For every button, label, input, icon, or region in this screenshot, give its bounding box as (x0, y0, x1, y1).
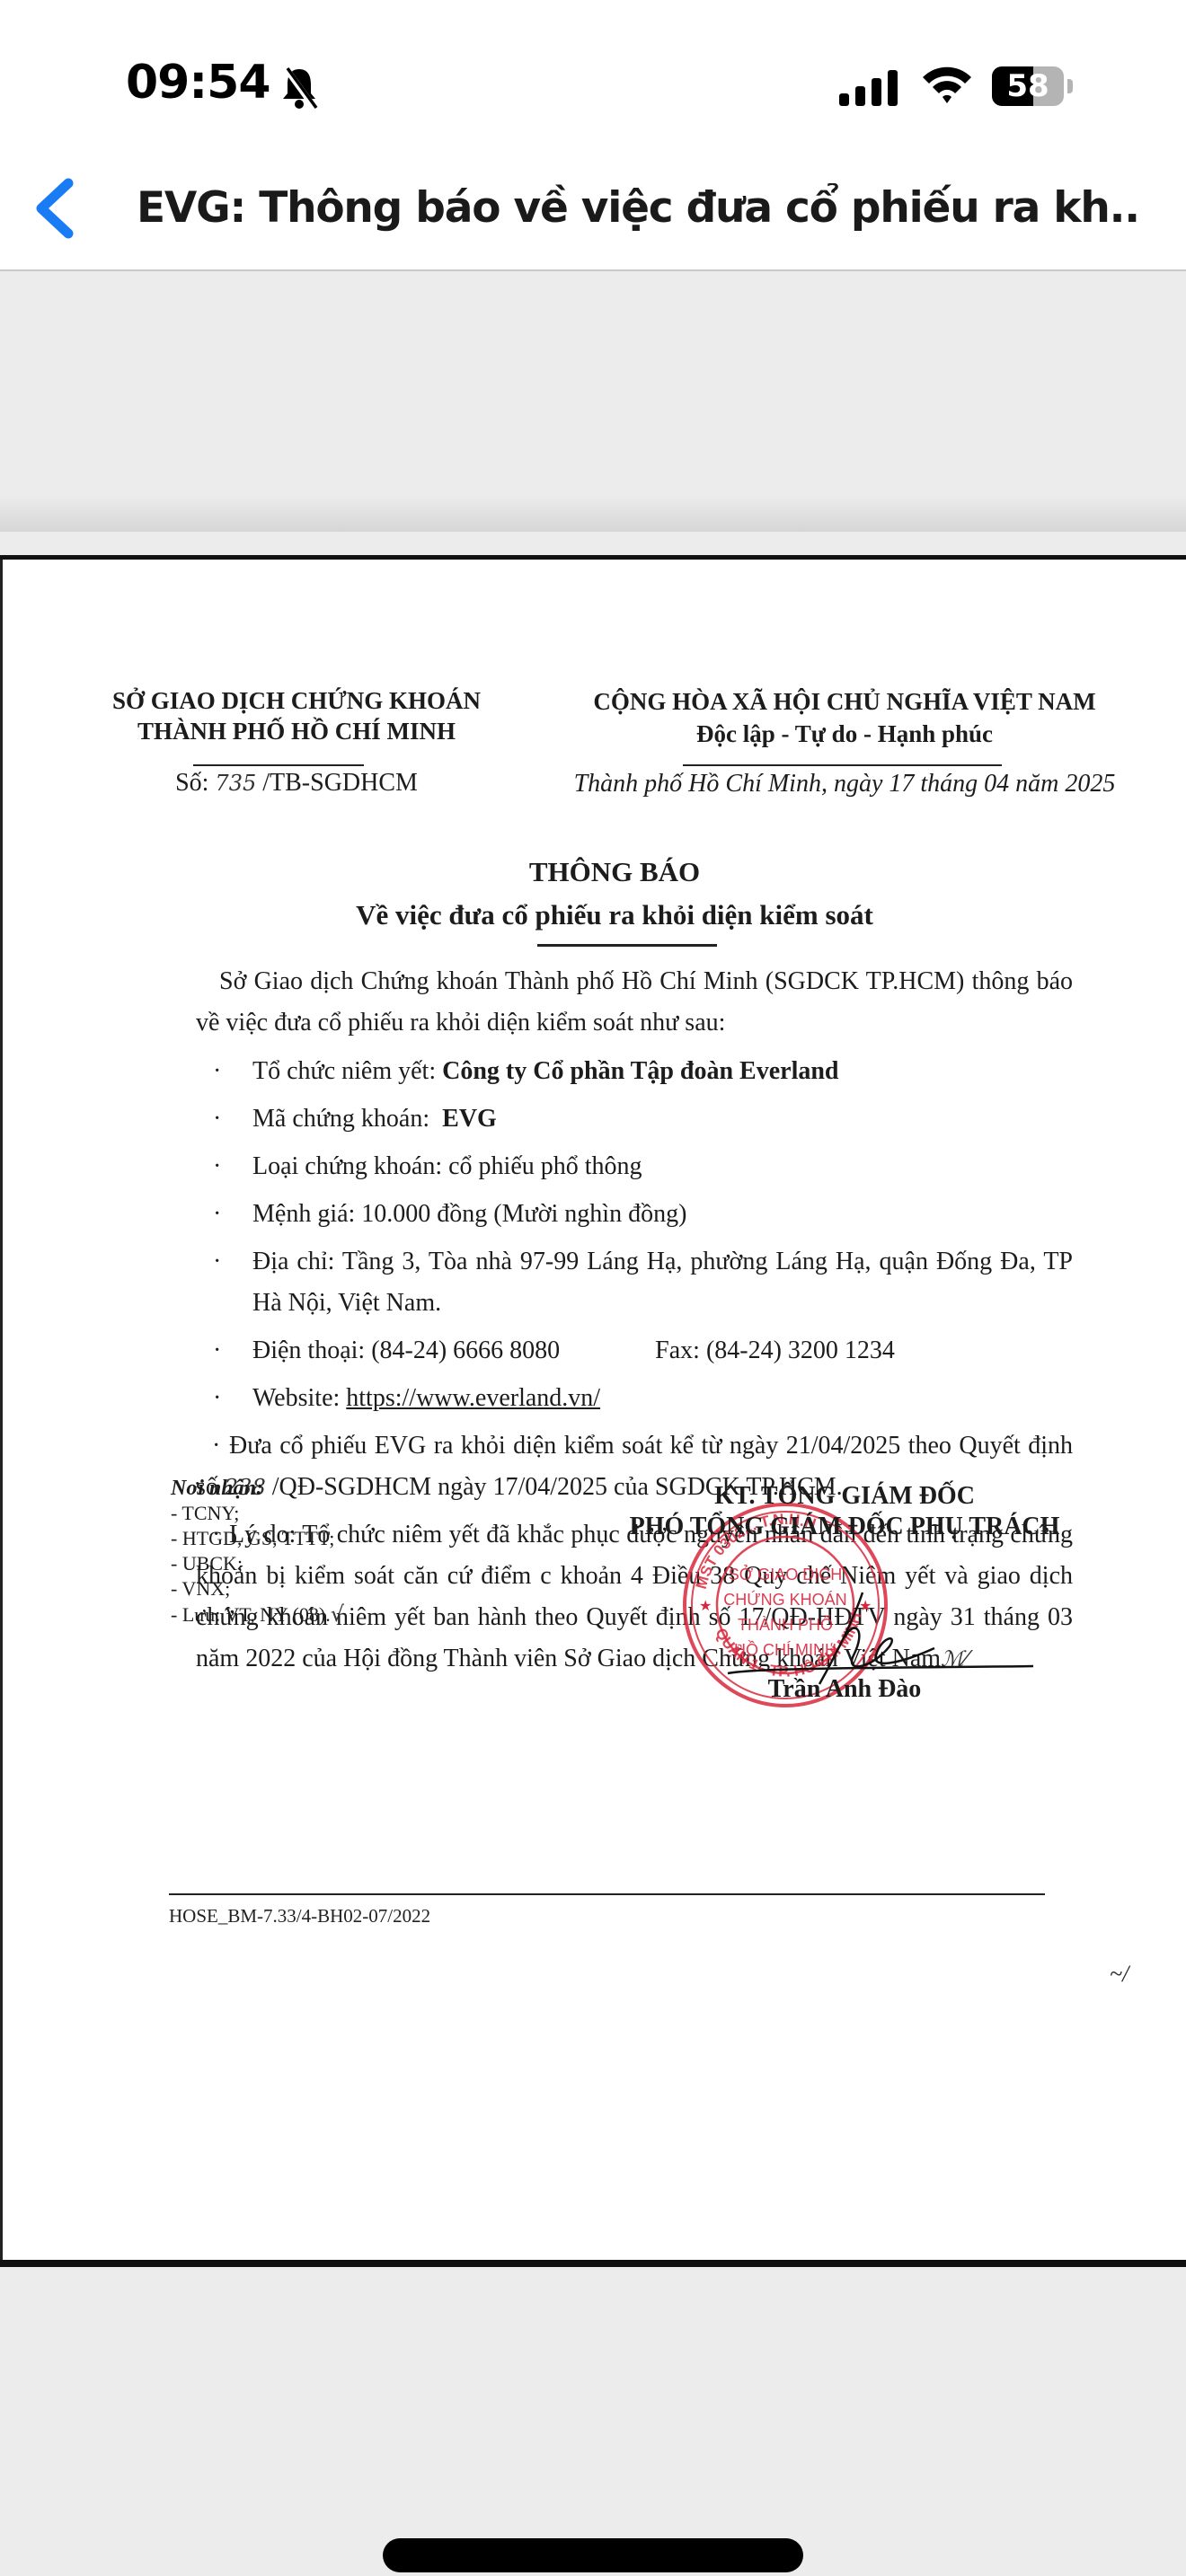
divider (193, 764, 364, 766)
recipient-item: - Lưu: VT, NY (08).√ (171, 1601, 440, 1628)
footer-divider (169, 1893, 1045, 1895)
document-number: Số: 735 /TB-SGDHCM (90, 769, 503, 798)
website-link[interactable]: https://www.everland.vn/ (346, 1384, 600, 1412)
wifi-icon (921, 65, 973, 106)
status-bar: 09:54 58 (0, 0, 1186, 153)
motto-line-1: CỘNG HÒA XÃ HỘI CHỦ NGHĨA VIỆT NAM (539, 685, 1150, 718)
recipients-heading: Nơi nhận: (171, 1476, 440, 1501)
ticker-value: EVG (442, 1105, 497, 1133)
website-label: Website: (252, 1384, 346, 1412)
battery-percent: 58 (992, 66, 1064, 106)
phone: Điện thoại: (84-24) 6666 8080 (252, 1337, 560, 1364)
issuing-authority: SỞ GIAO DỊCH CHỨNG KHOÁN THÀNH PHỐ HỒ CH… (90, 685, 503, 746)
list-item-address: ·Địa chỉ: Tầng 3, Tòa nhà 97-99 Láng Hạ,… (219, 1241, 1073, 1324)
signer-name: Trần Anh Đào (575, 1675, 1114, 1704)
number-prefix: Số: (175, 769, 215, 797)
list-item-type: ·Loại chứng khoán: cổ phiếu phổ thông (219, 1146, 1073, 1187)
list-item-website: ·Website: https://www.everland.vn/ (219, 1378, 1073, 1419)
document-page[interactable]: SỞ GIAO DỊCH CHỨNG KHOÁN THÀNH PHỐ HỒ CH… (0, 555, 1186, 2267)
recipient-item: - HTGD, GS, TTTT; (171, 1526, 440, 1551)
svg-text:SỞ GIAO DỊCH: SỞ GIAO DỊCH (729, 1565, 842, 1584)
divider (683, 764, 1002, 766)
svg-text:★: ★ (699, 1599, 712, 1614)
issuer-label: Tổ chức niêm yết: (252, 1057, 442, 1085)
initials-mark: ~/ (1110, 1961, 1128, 1988)
chevron-left-icon (25, 172, 88, 244)
home-indicator[interactable] (383, 2538, 803, 2572)
motto-line-2: Độc lập - Tự do - Hạnh phúc (539, 718, 1150, 750)
recipient-item: - TCNY; (171, 1501, 440, 1526)
page-title: EVG: Thông báo về việc đưa cổ phiếu ra k… (137, 183, 1143, 233)
battery-indicator: 58 (992, 66, 1064, 106)
national-motto: CỘNG HÒA XÃ HỘI CHỦ NGHĨA VIỆT NAM Độc l… (539, 685, 1150, 750)
navigation-bar: EVG: Thông báo về việc đưa cổ phiếu ra k… (0, 153, 1186, 271)
document-subtitle: Về việc đưa cổ phiếu ra khỏi diện kiểm s… (0, 899, 1186, 931)
back-button[interactable] (25, 172, 88, 244)
signer-title: KT. TỔNG GIÁM ĐỐC PHÓ TỔNG GIÁM ĐỐC PHỤ … (575, 1481, 1114, 1542)
form-code: HOSE_BM-7.33/4-BH02-07/2022 (169, 1905, 430, 1928)
divider (537, 944, 717, 947)
recipient-item: - VNX; (171, 1576, 440, 1601)
signer-line-2: PHÓ TỔNG GIÁM ĐỐC PHỤ TRÁCH (575, 1512, 1114, 1542)
fax: Fax: (84-24) 3200 1234 (655, 1337, 895, 1364)
authority-line-2: THÀNH PHỐ HỒ CHÍ MINH (90, 716, 503, 746)
number-suffix: /TB-SGDHCM (256, 769, 418, 797)
authority-line-1: SỞ GIAO DỊCH CHỨNG KHOÁN (90, 685, 503, 716)
document-title: THÔNG BÁO (0, 856, 1186, 888)
list-item-par-value: ·Mệnh giá: 10.000 đồng (Mười nghìn đồng) (219, 1194, 1073, 1235)
bell-slash-icon (279, 65, 320, 110)
list-item-ticker: ·Mã chứng khoán: EVG (219, 1098, 1073, 1140)
page-shadow (0, 496, 1186, 532)
list-item-issuer: ·Tổ chức niêm yết: Công ty Cổ phần Tập đ… (219, 1051, 1073, 1092)
number-handwritten: 735 (215, 771, 256, 796)
recipient-archive: - Lưu: VT, NY (08). (171, 1603, 331, 1626)
intro-paragraph: Sở Giao dịch Chứng khoán Thành phố Hồ Ch… (196, 961, 1073, 1044)
par-value: Mệnh giá: 10.000 đồng (Mười nghìn đồng) (252, 1200, 686, 1228)
issuer-value: Công ty Cổ phần Tập đoàn Everland (442, 1057, 838, 1085)
security-type: Loại chứng khoán: cổ phiếu phổ thông (252, 1152, 642, 1180)
page-edge (0, 560, 3, 2260)
address: Địa chỉ: Tầng 3, Tòa nhà 97-99 Láng Hạ, … (252, 1248, 1073, 1317)
cellular-signal-icon (839, 68, 900, 106)
status-time: 09:54 (126, 56, 270, 110)
signer-line-1: KT. TỔNG GIÁM ĐỐC (575, 1481, 1114, 1512)
recipients-block: Nơi nhận: - TCNY; - HTGD, GS, TTTT; - UB… (171, 1476, 440, 1628)
recipient-item: - UBCK; (171, 1551, 440, 1576)
ticker-label: Mã chứng khoán: (252, 1105, 442, 1133)
list-item-contact: ·Điện thoại: (84-24) 6666 8080Fax: (84-2… (219, 1330, 1073, 1372)
battery-cap (1067, 79, 1073, 93)
initials-mark: √ (331, 1601, 344, 1627)
document-date: Thành phố Hồ Chí Minh, ngày 17 tháng 04 … (539, 770, 1150, 798)
